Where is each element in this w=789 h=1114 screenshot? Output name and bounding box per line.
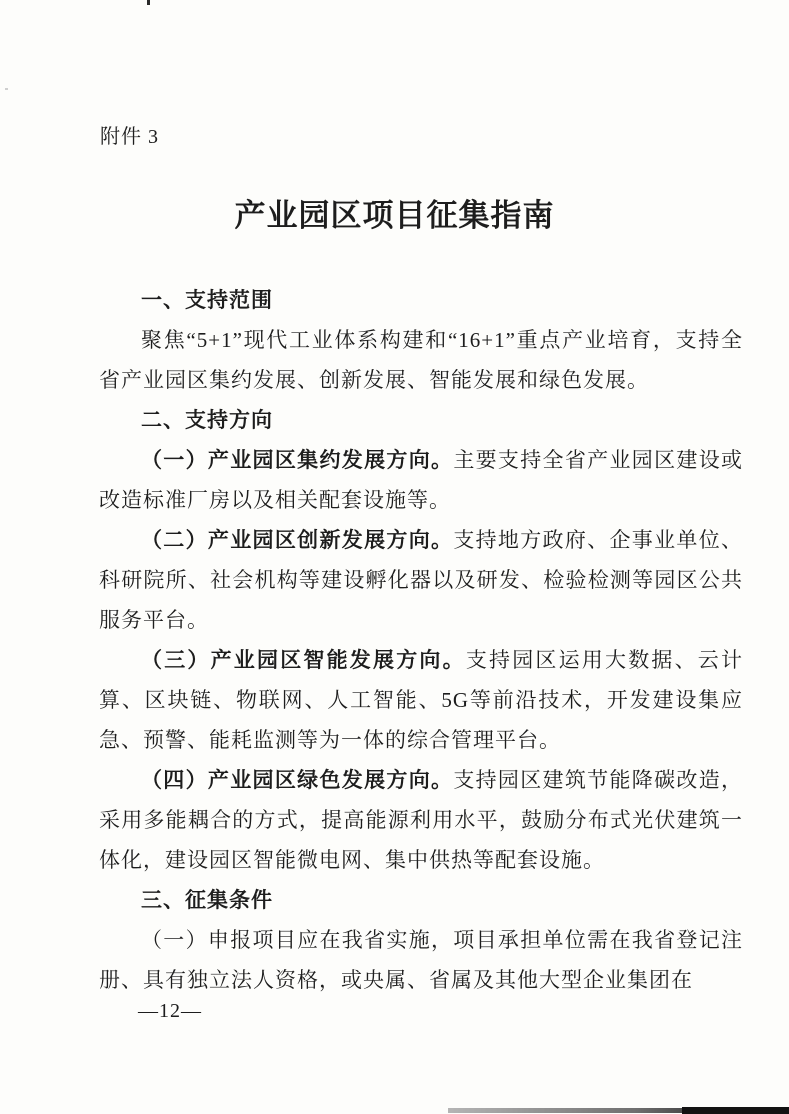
paragraph-lead: （三）产业园区智能发展方向。	[141, 648, 466, 672]
paragraph: （四）产业园区绿色发展方向。支持园区建筑节能降碳改造，采用多能耦合的方式，提高能…	[99, 760, 743, 880]
document-title: 产业园区项目征集指南	[0, 190, 789, 235]
paragraph: （一）申报项目应在我省实施，项目承担单位需在我省登记注册、具有独立法人资格，或央…	[99, 920, 743, 1000]
scanned-document-page: 附件 3 产业园区项目征集指南 一、支持范围聚焦“5+1”现代工业体系构建和“1…	[0, 0, 789, 1114]
paragraph: （三）产业园区智能发展方向。支持园区运用大数据、云计算、区块链、物联网、人工智能…	[99, 640, 743, 760]
section-heading: 三、征集条件	[99, 880, 743, 920]
page-number: —12—	[138, 1000, 202, 1023]
paragraph-text: 聚焦“5+1”现代工业体系构建和“16+1”重点产业培育，支持全省产业园区集约发…	[99, 328, 743, 392]
paragraph: （二）产业园区创新发展方向。支持地方政府、企事业单位、科研院所、社会机构等建设孵…	[99, 520, 743, 640]
paragraph-lead: （二）产业园区创新发展方向。	[141, 528, 453, 552]
document-body: 一、支持范围聚焦“5+1”现代工业体系构建和“16+1”重点产业培育，支持全省产…	[99, 280, 743, 1000]
paragraph-lead: （一）产业园区集约发展方向。	[141, 448, 453, 472]
scan-speck-top	[147, 0, 150, 5]
section-heading: 二、支持方向	[99, 400, 743, 440]
scan-speck-left	[5, 88, 8, 90]
section-heading: 一、支持范围	[99, 280, 743, 320]
paragraph: （一）产业园区集约发展方向。主要支持全省产业园区建设或改造标准厂房以及相关配套设…	[99, 440, 743, 520]
scan-streak-bottom-dark	[682, 1107, 789, 1114]
attachment-label: 附件 3	[100, 120, 159, 149]
paragraph-text: （一）申报项目应在我省实施，项目承担单位需在我省登记注册、具有独立法人资格，或央…	[99, 928, 743, 992]
paragraph: 聚焦“5+1”现代工业体系构建和“16+1”重点产业培育，支持全省产业园区集约发…	[99, 320, 743, 400]
paragraph-lead: （四）产业园区绿色发展方向。	[141, 768, 453, 792]
